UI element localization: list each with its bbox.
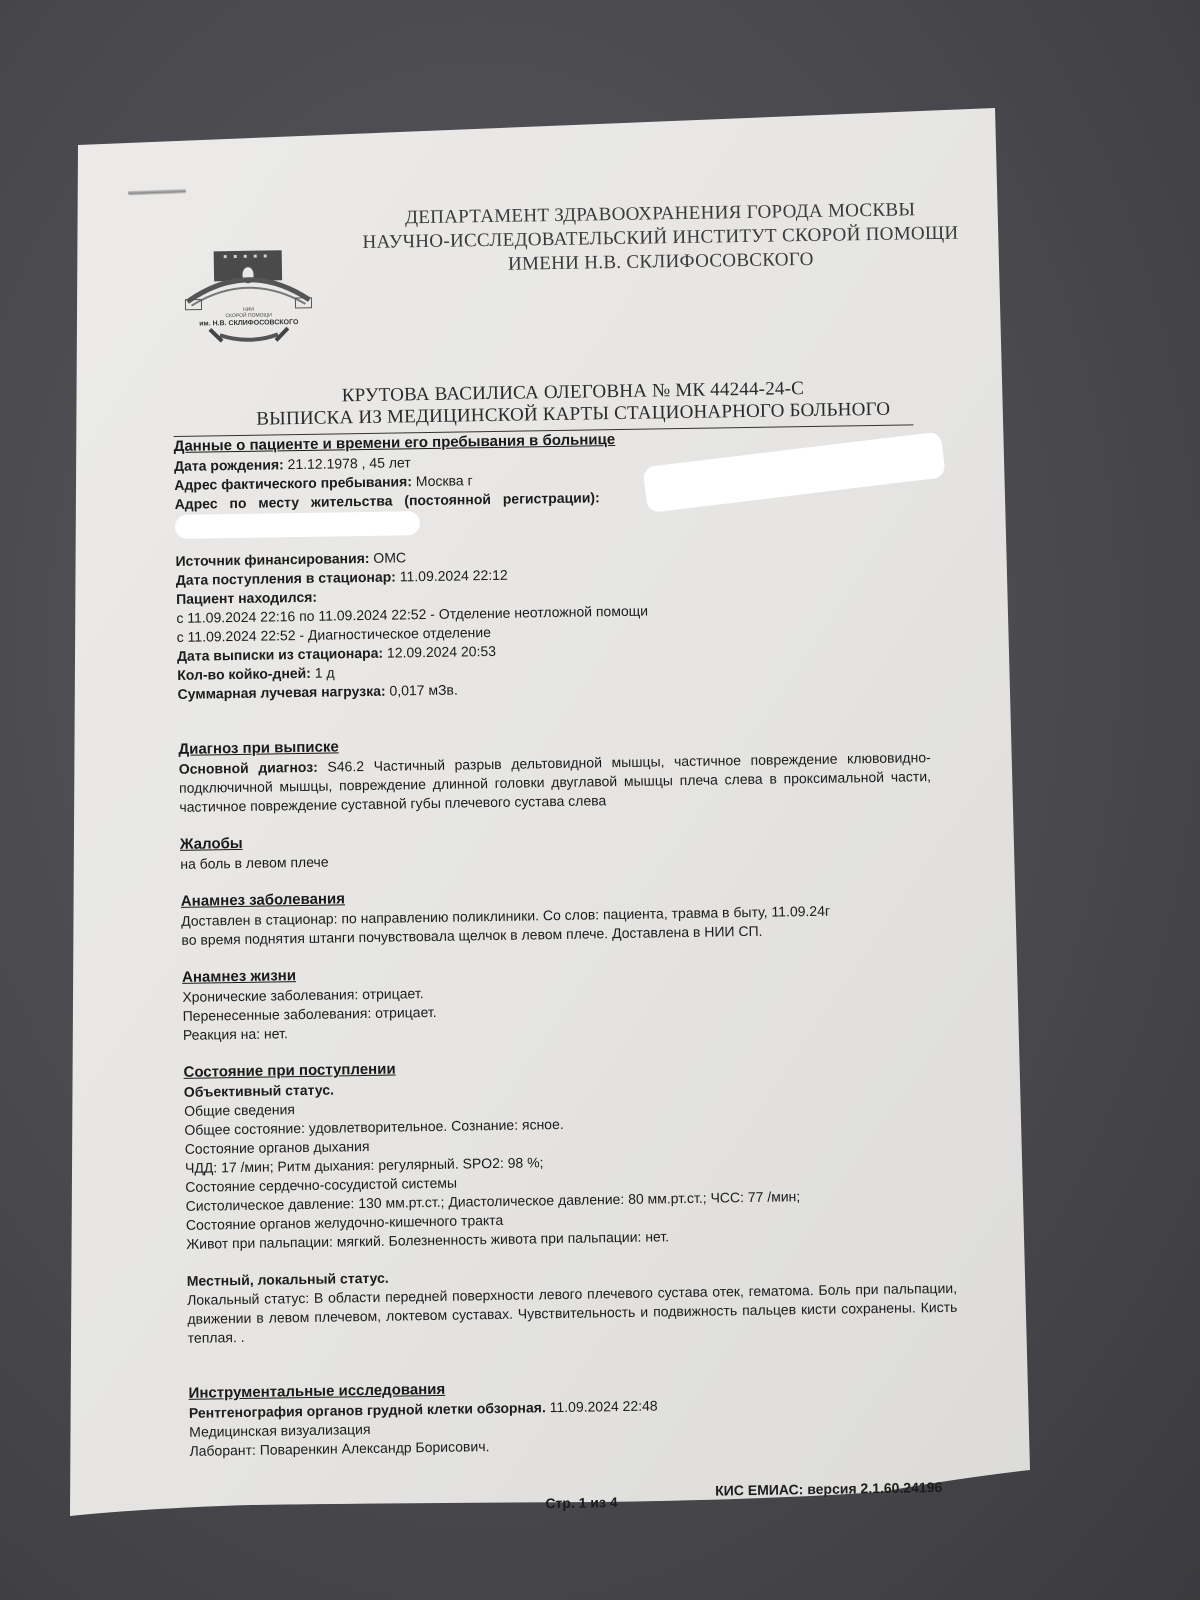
document-body: НИИ СКОРОЙ ПОМОЩИ им. Н.В. СКЛИФОСОВСКОГ… [170, 198, 980, 1521]
system-version: КИС ЕМИАС: версия 2.1.60.24196 [715, 1479, 942, 1499]
life-history-section: Анамнез жизни Хронические заболевания: о… [182, 955, 973, 1044]
patient-data-section: Данные о пациенте и времени его пребыван… [174, 425, 968, 704]
organization-name: ДЕПАРТАМЕНТ ЗДРАВООХРАНЕНИЯ ГОРОДА МОСКВ… [360, 198, 961, 279]
document-header: НИИ СКОРОЙ ПОМОЩИ им. Н.В. СКЛИФОСОВСКОГ… [170, 198, 962, 350]
institute-emblem-icon: НИИ СКОРОЙ ПОМОЩИ им. Н.В. СКЛИФОСОВСКОГ… [179, 248, 321, 350]
diagnosis-section: Диагноз при выписке Основной диагноз: S4… [178, 728, 969, 817]
instrumental-section: Инструментальные исследования Рентгеногр… [188, 1371, 979, 1460]
paper-sheet: НИИ СКОРОЙ ПОМОЩИ им. Н.В. СКЛИФОСОВСКОГ… [0, 0, 1200, 1600]
page-number: Стр. 1 из 4 [545, 1494, 617, 1511]
admission-state-section: Состояние при поступлении Объективный ст… [183, 1050, 977, 1347]
document-title-block: КРУТОВА ВАСИЛИСА ОЛЕГОВНА № МК 44244-24-… [228, 376, 919, 431]
redaction-mark [175, 511, 420, 539]
svg-text:им. Н.В. СКЛИФОСОВСКОГО: им. Н.В. СКЛИФОСОВСКОГО [199, 319, 299, 328]
